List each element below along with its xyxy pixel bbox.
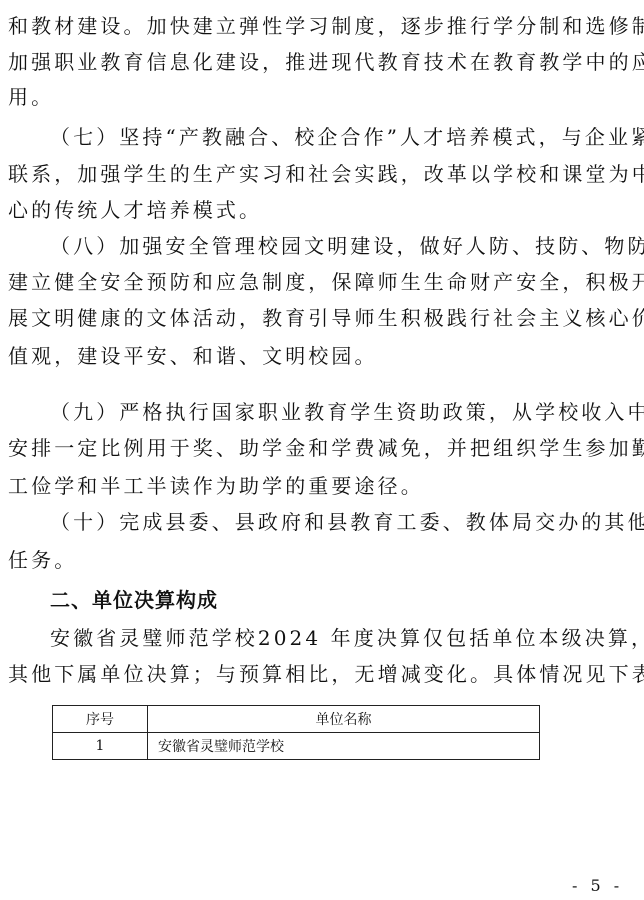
paragraph-line-item-7: （七）坚持“产教融合、校企合作”人才培养模式，与企业紧密 (50, 125, 644, 149)
paragraph-line: 安排一定比例用于奖、助学金和学费减免，并把组织学生参加勤 (8, 436, 644, 460)
section-heading: 二、单位决算构成 (50, 588, 218, 612)
paragraph-line: 加强职业教育信息化建设，推进现代教育技术在教育教学中的应 (8, 50, 644, 74)
unit-composition-table: 序号 单位名称 1 安徽省灵璧师范学校 (52, 705, 540, 760)
paragraph-line: 工俭学和半工半读作为助学的重要途径。 (8, 474, 424, 498)
paragraph-line: 建立健全安全预防和应急制度，保障师生生命财产安全，积极开 (8, 270, 644, 294)
table-row: 1 安徽省灵璧师范学校 (53, 733, 540, 760)
page-number: - 5 - (572, 876, 623, 895)
paragraph-line-item-8: （八）加强安全管理校园文明建设，做好人防、技防、物防， (50, 234, 644, 258)
cell-unit-name: 安徽省灵璧师范学校 (148, 733, 540, 760)
paragraph-line: 心的传统人才培养模式。 (8, 198, 262, 222)
column-header-unit-name: 单位名称 (148, 706, 540, 733)
section-paragraph-line: 安徽省灵璧师范学校2024 年度决算仅包括单位本级决算，无 (50, 626, 644, 650)
paragraph-line: 任务。 (8, 548, 77, 572)
column-header-index: 序号 (53, 706, 148, 733)
paragraph-line: 展文明健康的文体活动，教育引导师生积极践行社会主义核心价 (8, 306, 644, 330)
section-paragraph-line: 其他下属单位决算；与预算相比，无增减变化。具体情况见下表： (8, 662, 644, 686)
cell-index: 1 (53, 733, 148, 760)
paragraph-line: 用。 (8, 85, 54, 109)
paragraph-line: 联系，加强学生的生产实习和社会实践，改革以学校和课堂为中 (8, 162, 644, 186)
paragraph-line-item-9: （九）严格执行国家职业教育学生资助政策，从学校收入中 (50, 400, 644, 424)
table-header-row: 序号 单位名称 (53, 706, 540, 733)
paragraph-line: 值观，建设平安、和谐、文明校园。 (8, 344, 378, 368)
paragraph-line: 和教材建设。加快建立弹性学习制度，逐步推行学分制和选修制。 (8, 14, 644, 38)
paragraph-line-item-10: （十）完成县委、县政府和县教育工委、教体局交办的其他 (50, 510, 644, 534)
